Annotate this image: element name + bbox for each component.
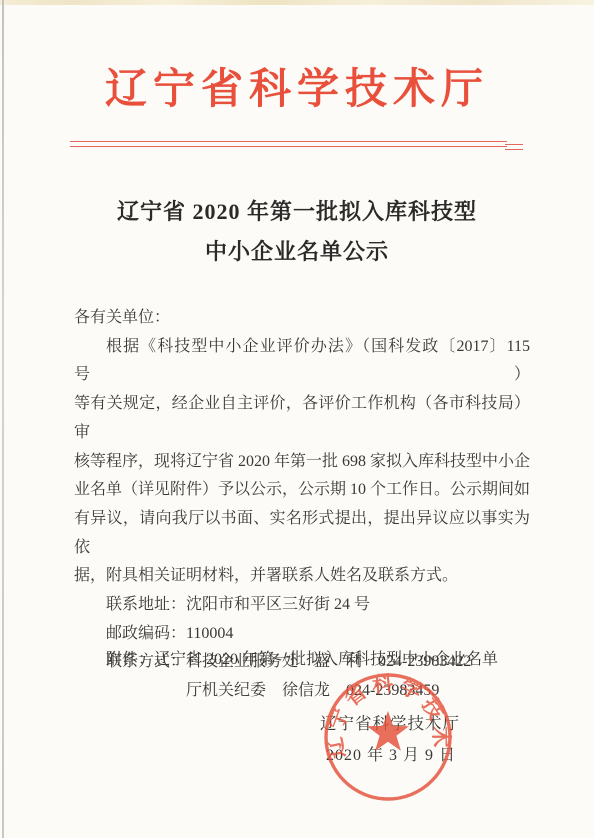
body-line: 有异议，请向我厅以书面、实名形式提出，提出异议应以事实为依 [74,505,530,562]
official-document-page: 辽宁省科学技术厅 辽宁省 2020 年第一批拟入库科技型 中小企业名单公示 各有… [0,0,594,838]
body-line: 等有关规定，经企业自主评价，各评价工作机构（各市科技局）审 [74,390,530,447]
postal-code: 邮政编码：110004 [106,620,530,649]
document-title: 辽宁省 2020 年第一批拟入库科技型 中小企业名单公示 [64,192,530,272]
signature-agency: 辽宁省科学技术厅 [320,710,460,734]
scan-edge-line [2,0,4,838]
body-line: 据，附具相关证明材料，并署联系人姓名及联系方式。 [74,562,530,591]
letterhead-rule-end [505,144,523,150]
document-title-line1: 辽宁省 2020 年第一批拟入库科技型 [64,192,530,232]
attachment-line: 附件：辽宁省 2020 年第一批拟入库科技型中小企业名单 [74,646,554,674]
body-line: 业名单（详见附件）予以公示，公示期 10 个工作日。公示期间如 [74,476,530,505]
scan-edge-band [0,0,594,5]
salutation: 各有关单位： [74,304,530,333]
letterhead-agency-name: 辽宁省科学技术厅 [0,64,594,116]
body-line: 核等程序，现将辽宁省 2020 年第一批 698 家拟入库科技型中小企 [74,448,530,477]
body-line: 根据《科技型中小企业评价办法》（国科发政〔2017〕115 号） [74,333,530,390]
signature-date: 2020 年 3 月 9 日 [326,742,456,765]
document-title-line2: 中小企业名单公示 [64,232,530,272]
letterhead-double-rule [70,141,507,147]
contact-address: 联系地址：沈阳市和平区三好街 24 号 [106,591,530,620]
contact-phone-2: 厅机关纪委 徐信龙 024-23983459 [186,677,530,706]
